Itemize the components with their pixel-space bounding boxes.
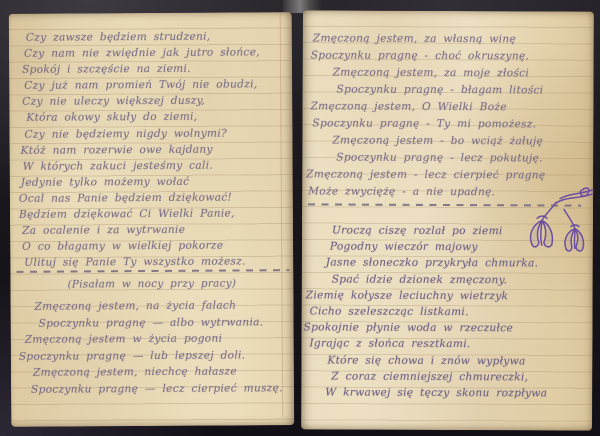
left-poem-2: Zmęczoną jestem, na życia falachSpoczynk… [10,297,294,398]
poem-line: Spoczynku pragnę - lecz pokutuję. [336,150,593,168]
poem-line: Które się chowa i znów wypływa [327,352,592,369]
flower-doodle-icon [514,183,594,283]
poem-line: Spoczynku pragnę - choć okruszynę. [311,47,594,65]
notebook-photo: Czy zawsze będziem strudzeni,Czy nam nie… [0,0,600,436]
left-poem-1: Czy zawsze będziem strudzeni,Czy nam nie… [9,28,293,271]
poem-line: Zmęczoną jestem, na życia falach [34,297,293,315]
poem-line: Czy nie będziemy nigdy wolnymi? [24,125,292,143]
poem-line: Za ocalenie i za wytrwanie [22,221,293,239]
right-poem-1: Zmęczoną jestem, za własną winęSpoczynku… [302,30,594,201]
poem-line: Która okowy skuły do ziemi, [26,109,292,127]
poem-line: Jedynie tylko możemy wołać [21,173,293,191]
poem-line: Czy zawsze będziem strudzeni, [26,28,292,46]
poem-line: Będziem dziękować Ci Wielki Panie, [19,205,293,223]
poem-line: Zmęczoną jestem, niechcę hałasze [33,364,294,382]
poem-line: Zmęczoną jestem, za moje złości [333,64,594,82]
poem-line: Spoczynku pragnę - Ty mi pomożesz. [312,115,593,133]
poem-line: W których zakuci jesteśmy cali. [23,157,293,175]
poem-line: Któż nam rozerwie owe kajdany [21,141,293,159]
poem-line: Spokojnie płynie woda w rzeczułce [303,320,592,337]
poem-line: Zmęczoną jestem, za własną winę [313,30,594,48]
poem-line: Zmęczoną jestem w życia pogoni [25,330,294,348]
poem-line: Cicho szeleszcząc listkami. [310,303,593,320]
poem-line: Ziemię kołysze leciuchny wietrzyk [306,287,593,304]
poem-line: O co błagamy w wielkiej pokorze [22,237,293,255]
poem-line: Czy już nam promień Twój nie obudzi, [24,76,292,94]
poem-line: Spokój i szczęście na ziemi. [22,60,292,78]
section-divider-dashed [16,269,289,272]
poem-line: Spoczynku pragnę — lub lepszej doli. [19,347,294,365]
poem-line: Zmęczoną jestem - lecz cierpieć pragnę [306,166,593,184]
poem-line: Zmęczoną jestem, O Wielki Boże [310,98,593,116]
poem-line: Igrając z słońca resztkami. [309,336,592,353]
poem-line: W krwawej się tęczy skonu rozpływa [325,384,592,401]
poem-line: Spoczynku pragnę — lecz cierpieć muszę. [31,380,294,398]
poem-line: Ocal nas Panie będziem dziękować! [19,189,293,207]
poem-line: Czy nam nie zwiędnie jak jutro słońce, [24,44,292,62]
poem-line: Z coraz ciemniejszej chmureczki, [331,368,592,385]
left-page: Czy zawsze będziem strudzeni,Czy nam nie… [9,12,295,427]
poem-line: Czy nie uleczy większej duszy, [22,93,292,111]
right-page: Zmęczoną jestem, za własną winęSpoczynku… [301,10,594,430]
poem-line: Spoczynku pragnę - błagam litości [337,82,594,100]
poem-line: Zmęczoną jestem - bo wciąż żałuję [332,132,593,150]
poem-caption: (Pisałam w nocy przy pracy) [10,277,293,291]
poem-line: Spoczynku pragnę — albo wytrwania. [39,314,294,332]
